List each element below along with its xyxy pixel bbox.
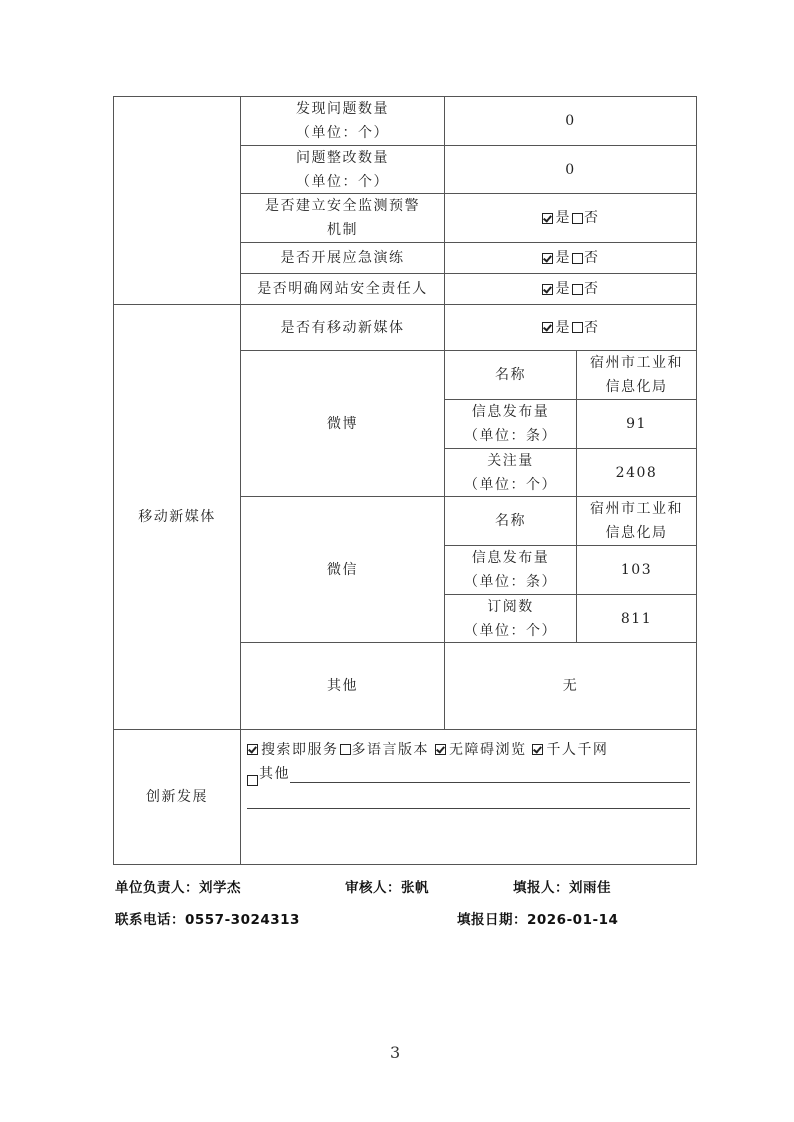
found-issues-label: 发现问题数量（单位：个） [240,96,445,146]
weibo-followers-value: 2408 [576,448,697,497]
monitoring-mechanism-label: 是否建立安全监测预警机制 [240,193,445,243]
weibo-followers-label: 关注量（单位：个） [444,448,577,497]
checkbox-unchecked-icon[interactable] [572,284,583,295]
emergency-drill-label: 是否开展应急演练 [240,242,445,274]
report-table: 发现问题数量（单位：个） 0 问题整改数量（单位：个） 0 是否建立安全监测预警… [113,96,697,865]
checkbox-checked-icon[interactable] [542,213,553,224]
checkbox-checked-icon[interactable] [542,322,553,333]
fill-date: 填报日期：2026-01-14 [457,908,618,928]
contact-phone: 联系电话：0557-3024313 [115,908,300,928]
checkbox-personalized[interactable] [532,744,543,755]
found-issues-value: 0 [444,96,697,146]
fixed-issues-value: 0 [444,145,697,194]
checkbox-other[interactable] [247,775,258,786]
checkbox-checked-icon[interactable] [542,284,553,295]
innovation-options: 搜索即服务多语言版本 无障碍浏览 千人千网 其他 [240,729,697,865]
has-mobile-media-value: 是否 [444,304,697,351]
security-officer-label: 是否明确网站安全责任人 [240,273,445,305]
weibo-name-label: 名称 [444,350,577,400]
wechat-subscribers-value: 811 [576,594,697,643]
emergency-drill-value: 是否 [444,242,697,274]
wechat-name-value: 宿州市工业和信息化局 [576,496,697,546]
security-officer-value: 是否 [444,273,697,305]
reviewer: 审核人：张帆 [345,876,429,896]
wechat-posts-value: 103 [576,545,697,595]
other-media-label: 其他 [240,642,445,730]
unit-head: 单位负责人：刘学杰 [115,876,241,896]
weibo-label: 微博 [240,350,445,497]
security-section-label-cell [113,96,241,305]
wechat-name-label: 名称 [444,496,577,546]
weibo-posts-label: 信息发布量（单位：条） [444,399,577,449]
monitoring-mechanism-value: 是否 [444,193,697,243]
checkbox-unchecked-icon[interactable] [572,322,583,333]
checkbox-search-service[interactable] [247,744,258,755]
wechat-label: 微信 [240,496,445,643]
other-fill-line[interactable] [290,781,690,783]
page-number: 3 [390,1043,400,1062]
wechat-subscribers-label: 订阅数（单位：个） [444,594,577,643]
other-fill-line-2[interactable] [247,786,690,809]
weibo-name-value: 宿州市工业和信息化局 [576,350,697,400]
checkbox-unchecked-icon[interactable] [572,253,583,264]
checkbox-unchecked-icon[interactable] [572,213,583,224]
has-mobile-media-label: 是否有移动新媒体 [240,304,445,351]
checkbox-checked-icon[interactable] [542,253,553,264]
other-media-value: 无 [444,642,697,730]
checkbox-multilingual[interactable] [340,744,351,755]
wechat-posts-label: 信息发布量（单位：条） [444,545,577,595]
checkbox-accessibility[interactable] [435,744,446,755]
filler: 填报人：刘雨佳 [513,876,611,896]
fixed-issues-label: 问题整改数量（单位：个） [240,145,445,194]
weibo-posts-value: 91 [576,399,697,449]
mobile-media-section-label: 移动新媒体 [113,304,241,730]
innovation-section-label: 创新发展 [113,729,241,865]
